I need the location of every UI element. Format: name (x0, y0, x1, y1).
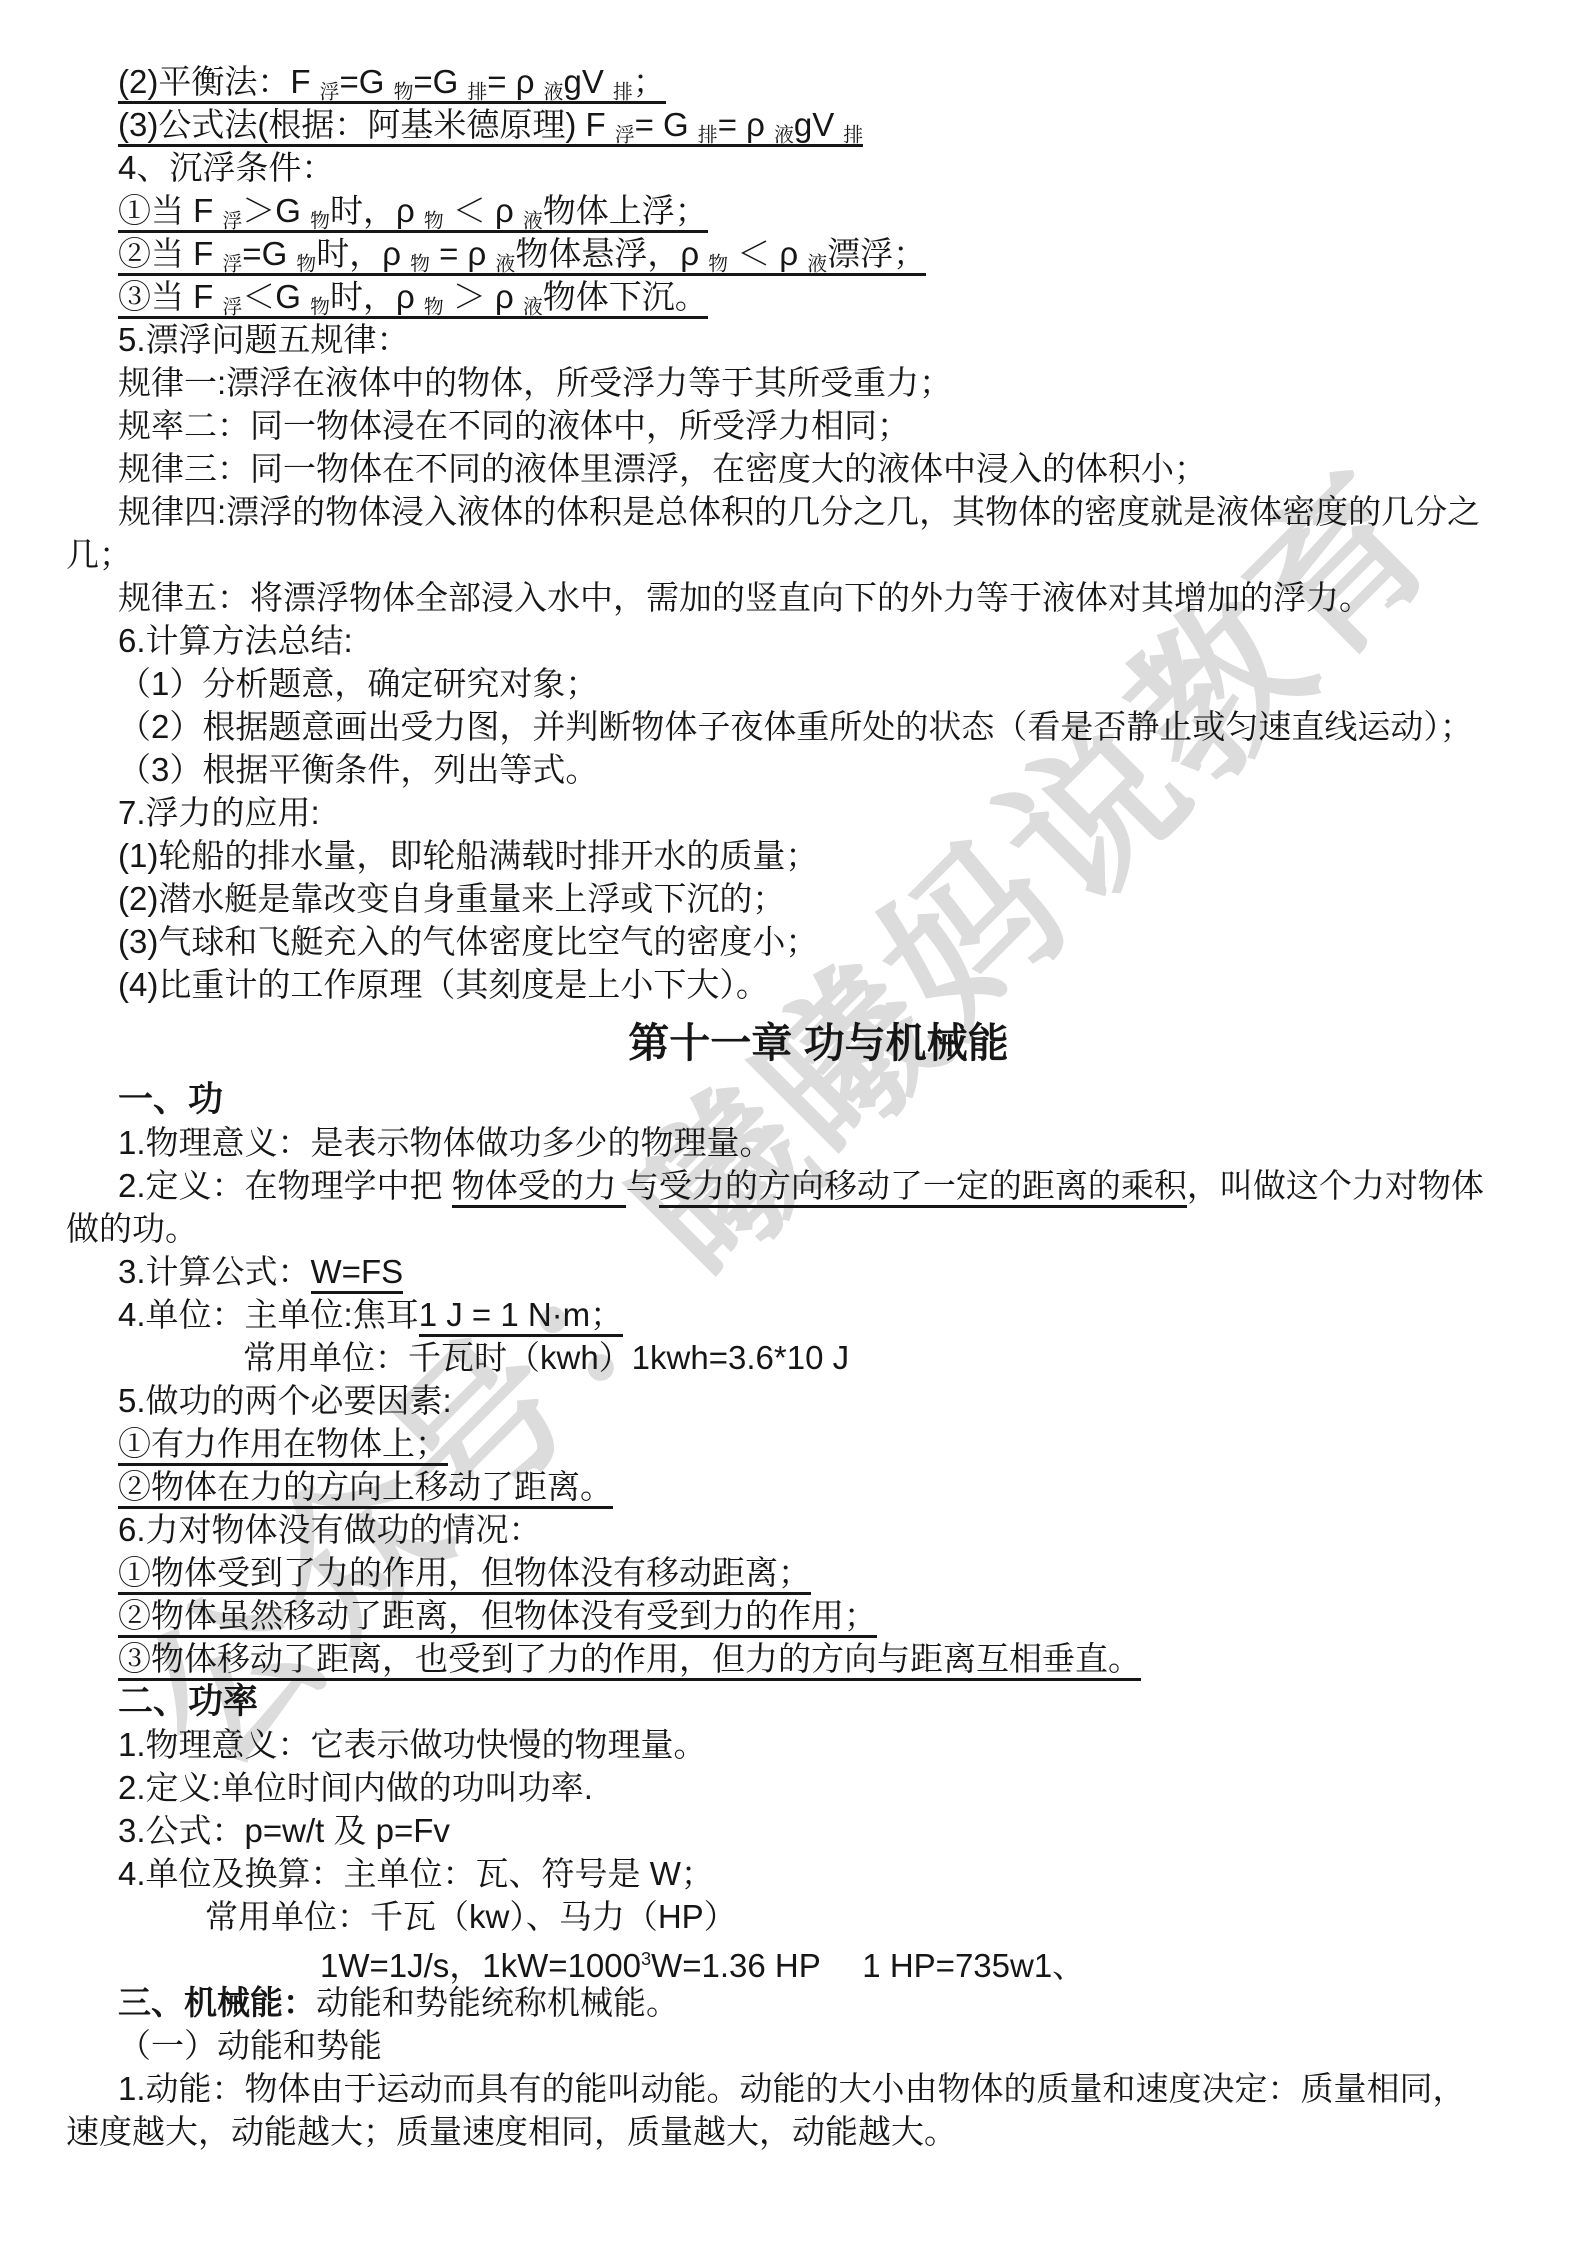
document-page: (2)平衡法：F 浮=G 物=G 排= ρ 液gV 排；(3)公式法(根据：阿基… (0, 0, 1587, 2153)
text-run: (4)比重计的工作原理（其刻度是上小下大）。 (118, 966, 769, 1003)
text-line: 3.公式：p=w/t 及 p=Fv (118, 1809, 1571, 1852)
text-run: 时，ρ (330, 278, 424, 315)
text-line: ①有力作用在物体上； (118, 1422, 1571, 1465)
text-run: 二、功率 (118, 1682, 258, 1721)
text-run: 规律一:漂浮在液体中的物体，所受浮力等于其所受重力； (118, 364, 952, 401)
text-line: 5.漂浮问题五规律： (118, 318, 1571, 361)
text-run: ＜ ρ (444, 192, 523, 229)
text-run: (3)公式法(根据：阿基米德原理) F (118, 106, 615, 143)
text-line: 4.单位及换算：主单位：瓦、符号是 W； (118, 1852, 1571, 1895)
underlined-segment: ①当 F 浮＞G 物时，ρ 物 ＜ ρ 液物体上浮； (118, 192, 708, 233)
text-line: ②物体在力的方向上移动了距离。 (118, 1465, 1571, 1508)
text-line: （1）分析题意，确定研究对象； (118, 662, 1571, 705)
text-run: 浮 (223, 297, 243, 319)
text-line: 规律四:漂浮的物体浸入液体的体积是总体积的几分之几，其物体的密度就是液体密度的几… (118, 490, 1571, 533)
text-run: 常用单位：千瓦时（kwh）1kwh=3.6*10 J (243, 1339, 849, 1376)
text-run: 2.定义：在物理学中把 (118, 1167, 452, 1204)
text-run: ②物体虽然移动了距离，但物体没有受到力的作用； (118, 1597, 877, 1634)
text-line: ②物体虽然移动了距离，但物体没有受到力的作用； (118, 1594, 1571, 1637)
text-run: (3)气球和飞艇充入的气体密度比空气的密度小； (118, 923, 818, 960)
text-run: 物 (410, 254, 430, 276)
text-run: ＞G (242, 192, 310, 229)
underlined-segment: ①有力作用在物体上； (118, 1425, 448, 1466)
text-run: 液 (496, 254, 516, 276)
text-run: （3）根据平衡条件，列出等式。 (118, 751, 598, 788)
text-run: 2.定义:单位时间内做的功叫功率. (118, 1769, 593, 1806)
text-run: 3 (641, 1949, 651, 1969)
text-run: = ρ (430, 235, 496, 272)
text-line: 4、沉浮条件： (118, 146, 1571, 189)
text-run: ③物体移动了距离，也受到了力的作用，但力的方向与距离互相垂直。 (118, 1640, 1141, 1677)
text-run: 4.单位及换算：主单位：瓦、符号是 W； (118, 1855, 714, 1892)
underlined-segment: W=FS (311, 1253, 404, 1294)
text-run: 时，ρ (316, 235, 410, 272)
underlined-segment: ②物体虽然移动了距离，但物体没有受到力的作用； (118, 1597, 877, 1638)
text-line: 几； (66, 533, 1571, 576)
underlined-segment: ②当 F 浮=G 物时，ρ 物 = ρ 液物体悬浮，ρ 物 ＜ ρ 液漂浮； (118, 235, 926, 276)
underlined-segment: 物体受的力 (452, 1167, 626, 1208)
text-run: 物 (424, 211, 444, 233)
text-line: (1)轮船的排水量，即轮船满载时排开水的质量； (118, 834, 1571, 877)
text-run: = G (635, 106, 698, 143)
text-line: 做的功。 (66, 1207, 1571, 1250)
text-run: （1）分析题意，确定研究对象； (118, 665, 598, 702)
text-run: 规率二：同一物体浸在不同的液体中，所受浮力相同； (118, 407, 910, 444)
text-run: 浮 (223, 254, 243, 276)
text-run: ②物体在力的方向上移动了距离。 (118, 1468, 613, 1505)
text-run: 7.浮力的应用: (118, 794, 320, 831)
text-run: (1)轮船的排水量，即轮船满载时排开水的质量； (118, 837, 818, 874)
text-line: (2)潜水艇是靠改变自身重量来上浮或下沉的； (118, 877, 1571, 920)
text-run: 几； (66, 536, 132, 573)
text-line: 2.定义：在物理学中把 物体受的力 与受力的方向移动了一定的距离的乘积，叫做这个… (118, 1164, 1571, 1207)
text-line: （一）动能和势能 (118, 2024, 1571, 2067)
text-line: ①物体受到了力的作用，但物体没有移动距离； (118, 1551, 1571, 1594)
text-line: ③物体移动了距离，也受到了力的作用，但力的方向与距离互相垂直。 (118, 1637, 1571, 1680)
text-line: (3)气球和飞艇充入的气体密度比空气的密度小； (118, 920, 1571, 963)
text-run: 6.力对物体没有做功的情况： (118, 1511, 542, 1548)
text-run: 1.物理意义：它表示做功快慢的物理量。 (118, 1726, 707, 1763)
text-run: 物 (394, 82, 414, 104)
text-line: （2）根据题意画出受力图，并判断物体子夜体重所处的状态（看是否静止或匀速直线运动… (118, 705, 1571, 748)
section-heading: 二、功率 (118, 1680, 1571, 1723)
text-line: (2)平衡法：F 浮=G 物=G 排= ρ 液gV 排； (118, 60, 1571, 103)
text-line: ②当 F 浮=G 物时，ρ 物 = ρ 液物体悬浮，ρ 物 ＜ ρ 液漂浮； (118, 232, 1571, 275)
text-run: =G (413, 63, 467, 100)
text-line: (3)公式法(根据：阿基米德原理) F 浮= G 排= ρ 液gV 排 (118, 103, 1571, 146)
text-line: 常用单位：千瓦（kw）、马力（HP） (205, 1895, 1571, 1938)
text-run: = ρ (718, 106, 774, 143)
text-run: ①当 F (118, 192, 223, 229)
text-run: = ρ (487, 63, 543, 100)
text-run: （2）根据题意画出受力图，并判断物体子夜体重所处的状态（看是否静止或匀速直线运动… (118, 708, 1473, 745)
text-run: ①物体受到了力的作用，但物体没有移动距离； (118, 1554, 811, 1591)
text-line: 5.做功的两个必要因素: (118, 1379, 1571, 1422)
underlined-segment: 受力的方向移动了一定的距离的乘积 (659, 1167, 1187, 1208)
text-line: 常用单位：千瓦时（kwh）1kwh=3.6*10 J (243, 1336, 1571, 1379)
text-run: W=FS (311, 1253, 404, 1290)
text-run: 液 (544, 82, 564, 104)
text-run: 排 (843, 125, 863, 147)
underlined-segment: 1 J = 1 N·m； (419, 1296, 623, 1337)
text-run: 物 (310, 297, 330, 319)
text-run: 浮 (223, 211, 243, 233)
text-run: 规律五：将漂浮物体全部浸入水中，需加的竖直向下的外力等于液体对其增加的浮力。 (118, 579, 1372, 616)
text-run: ； (633, 63, 666, 100)
text-run: 漂浮； (827, 235, 926, 272)
section-heading: 三、机械能：动能和势能统称机械能。 (118, 1981, 1571, 2024)
text-line: 规律三：同一物体在不同的液体里漂浮，在密度大的液体中浸入的体积小； (118, 447, 1571, 490)
text-line: 1.动能：物体由于运动而具有的能叫动能。动能的大小由物体的质量和速度决定：质量相… (118, 2067, 1571, 2110)
text-line: 3.计算公式：W=FS (118, 1250, 1571, 1293)
text-run: 1.动能：物体由于运动而具有的能叫动能。动能的大小由物体的质量和速度决定：质量相… (118, 2070, 1466, 2107)
text-run: 物 (424, 297, 444, 319)
text-line: 6.力对物体没有做功的情况： (118, 1508, 1571, 1551)
text-line: 规律五：将漂浮物体全部浸入水中，需加的竖直向下的外力等于液体对其增加的浮力。 (118, 576, 1571, 619)
underlined-segment: ①物体受到了力的作用，但物体没有移动距离； (118, 1554, 811, 1595)
underlined-segment: (2)平衡法：F 浮=G 物=G 排= ρ 液gV 排； (118, 63, 666, 104)
text-run: 浮 (615, 125, 635, 147)
text-run: 物 (708, 254, 728, 276)
text-run: 物体上浮； (543, 192, 708, 229)
text-line: 速度越大，动能越大；质量速度相同，质量越大，动能越大。 (66, 2110, 1571, 2153)
text-run: ＜G (242, 278, 310, 315)
text-line: 1W=1J/s，1kW=10003W=1.36 HP 1 HP=735w1、 (320, 1938, 1571, 1981)
text-run: 液 (523, 211, 543, 233)
text-line: (4)比重计的工作原理（其刻度是上小下大）。 (118, 963, 1571, 1006)
text-run: 时，ρ (330, 192, 424, 229)
text-run: ＞ ρ (444, 278, 523, 315)
text-run: 一、功 (118, 1080, 223, 1119)
text-run: 液 (523, 297, 543, 319)
text-line: ③当 F 浮＜G 物时，ρ 物 ＞ ρ 液物体下沉。 (118, 275, 1571, 318)
text-run: ＜ ρ (728, 235, 807, 272)
text-run: 1W=1J/s，1kW=1000 (320, 1947, 641, 1984)
text-run: 物 (296, 254, 316, 276)
text-line: 4.单位：主单位:焦耳1 J = 1 N·m； (118, 1293, 1571, 1336)
text-run: W=1.36 HP 1 HP=735w1、 (651, 1947, 1085, 1984)
text-line: （3）根据平衡条件，列出等式。 (118, 748, 1571, 791)
text-run: ③当 F (118, 278, 223, 315)
text-run: 动能和势能统称机械能。 (316, 1984, 679, 2021)
underlined-segment: ③当 F 浮＜G 物时，ρ 物 ＞ ρ 液物体下沉。 (118, 278, 708, 319)
text-run: 3.公式：p=w/t 及 p=Fv (118, 1812, 450, 1849)
text-run: gV (794, 106, 844, 143)
text-run: ①有力作用在物体上； (118, 1425, 448, 1462)
text-run: 排 (698, 125, 718, 147)
text-run: 与 (626, 1167, 659, 1204)
text-line: 1.物理意义：它表示做功快慢的物理量。 (118, 1723, 1571, 1766)
text-run: ，叫做这个力对物体 (1187, 1167, 1484, 1204)
text-run: 浮 (320, 82, 340, 104)
chapter-heading: 第十一章 功与机械能 (66, 1012, 1571, 1074)
text-run: 物 (310, 211, 330, 233)
text-line: 规率二：同一物体浸在不同的液体中，所受浮力相同； (118, 404, 1571, 447)
text-line: 1.物理意义：是表示物体做功多少的物理量。 (118, 1121, 1571, 1164)
text-line: 7.浮力的应用: (118, 791, 1571, 834)
text-run: 排 (613, 82, 633, 104)
text-run: =G (242, 235, 296, 272)
text-run: (2)潜水艇是靠改变自身重量来上浮或下沉的； (118, 880, 785, 917)
text-run: 物体受的力 (452, 1167, 626, 1204)
text-run: 4、沉浮条件： (118, 149, 334, 186)
section-heading: 一、功 (118, 1078, 1571, 1121)
text-run: (2)平衡法：F (118, 63, 320, 100)
text-run: 5.做功的两个必要因素: (118, 1382, 452, 1419)
text-run: 三、机械能： (118, 1984, 316, 2021)
text-run: 做的功。 (66, 1210, 198, 1247)
text-run: 3.计算公式： (118, 1253, 311, 1290)
text-run: 5.漂浮问题五规律： (118, 321, 410, 358)
text-run: 液 (774, 125, 794, 147)
text-run: 物体悬浮，ρ (515, 235, 708, 272)
text-run: 常用单位：千瓦（kw）、马力（HP） (205, 1898, 737, 1935)
text-line: ①当 F 浮＞G 物时，ρ 物 ＜ ρ 液物体上浮； (118, 189, 1571, 232)
text-line: 6.计算方法总结: (118, 619, 1571, 662)
text-run: 规律四:漂浮的物体浸入液体的体积是总体积的几分之几，其物体的密度就是液体密度的几… (118, 493, 1480, 530)
underlined-segment: ②物体在力的方向上移动了距离。 (118, 1468, 613, 1509)
text-run: ②当 F (118, 235, 223, 272)
text-run: 1.物理意义：是表示物体做功多少的物理量。 (118, 1124, 773, 1161)
text-run: （一）动能和势能 (118, 2027, 382, 2064)
underlined-segment: ③物体移动了距离，也受到了力的作用，但力的方向与距离互相垂直。 (118, 1640, 1141, 1681)
text-run: 液 (807, 254, 827, 276)
text-run: 规律三：同一物体在不同的液体里漂浮，在密度大的液体中浸入的体积小； (118, 450, 1207, 487)
text-run: 受力的方向移动了一定的距离的乘积 (659, 1167, 1187, 1204)
text-line: 2.定义:单位时间内做的功叫功率. (118, 1766, 1571, 1809)
text-line: 规律一:漂浮在液体中的物体，所受浮力等于其所受重力； (118, 361, 1571, 404)
text-run: 第十一章 功与机械能 (628, 1020, 1008, 1066)
text-run: 6.计算方法总结: (118, 622, 353, 659)
text-run: 排 (467, 82, 487, 104)
underlined-segment: (3)公式法(根据：阿基米德原理) F 浮= G 排= ρ 液gV 排 (118, 106, 863, 147)
text-run: 物体下沉。 (543, 278, 708, 315)
text-run: 1 J = 1 N·m； (419, 1296, 623, 1333)
document-body: (2)平衡法：F 浮=G 物=G 排= ρ 液gV 排；(3)公式法(根据：阿基… (66, 60, 1571, 2153)
text-run: =G (339, 63, 393, 100)
text-run: 速度越大，动能越大；质量速度相同，质量越大，动能越大。 (66, 2113, 957, 2150)
text-run: gV (563, 63, 613, 100)
text-run: 4.单位：主单位:焦耳 (118, 1296, 419, 1333)
